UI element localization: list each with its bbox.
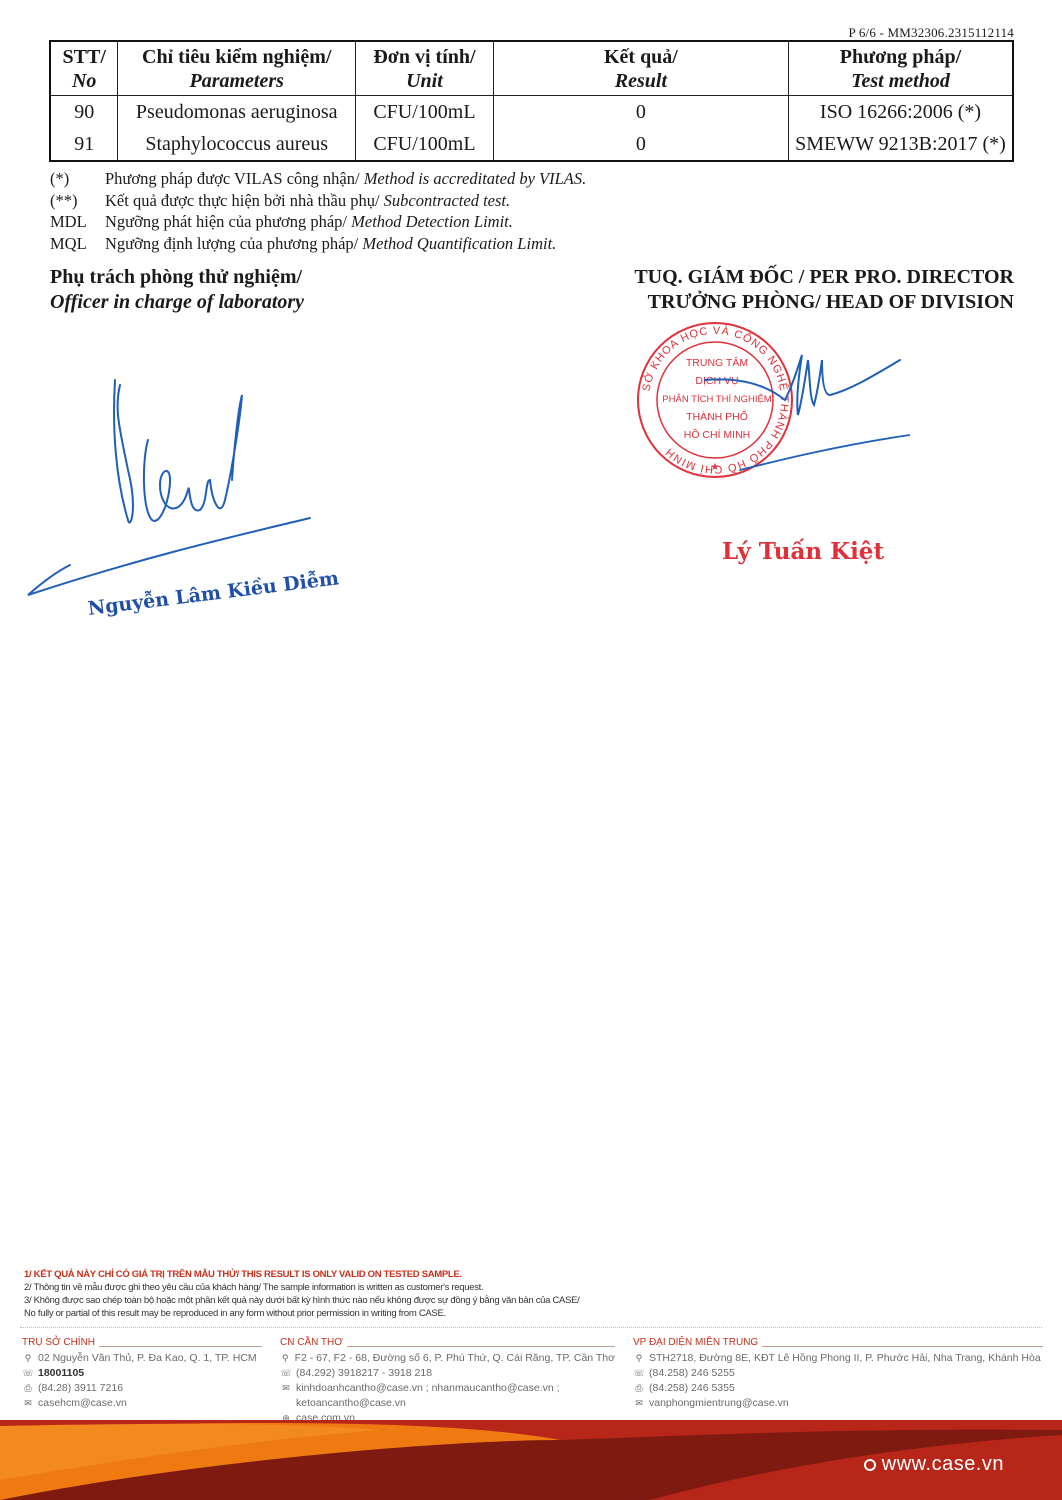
note-subcontracted: (**) Kết quả được thực hiện bởi nhà thầu… — [50, 190, 586, 212]
note-mql: MQLNgưỡng định lượng của phương pháp/ Me… — [50, 233, 586, 255]
director-name: Lý Tuấn Kiệt — [722, 538, 884, 565]
results-table: STT/No Chỉ tiêu kiểm nghiệm/Parameters Đ… — [49, 40, 1014, 162]
phone-icon: ☏ — [22, 1366, 34, 1381]
table-header-row: STT/No Chỉ tiêu kiểm nghiệm/Parameters Đ… — [50, 41, 1013, 96]
note-accredited: (*)Phương pháp được VILAS công nhận/ Met… — [50, 168, 586, 190]
phone-icon: ☏ — [633, 1366, 645, 1381]
cell-parameter: Staphylococcus aureus — [118, 128, 356, 161]
director-signature — [700, 340, 910, 480]
location-pin-icon: ⚲ — [22, 1351, 34, 1366]
email-icon: ✉ — [280, 1381, 292, 1396]
disclaimers: 1/ KẾT QUẢ NÀY CHỈ CÓ GIÁ TRỊ TRÊN MẪU T… — [24, 1268, 580, 1320]
header-unit: Đơn vị tính/Unit — [356, 41, 494, 96]
disclaimer-2: 2/ Thông tin về mẫu được ghi theo yêu cầ… — [24, 1281, 580, 1294]
cell-unit: CFU/100mL — [356, 96, 494, 129]
table-row: 90 Pseudomonas aeruginosa CFU/100mL 0 IS… — [50, 96, 1013, 129]
email-icon: ✉ — [22, 1396, 34, 1411]
cell-parameter: Pseudomonas aeruginosa — [118, 96, 356, 129]
director-title: TUQ. GIÁM ĐỐC / PER PRO. DIRECTOR TRƯỞNG… — [634, 265, 1014, 315]
cell-result: 0 — [493, 128, 788, 161]
cell-result: 0 — [493, 96, 788, 129]
cell-method: SMEWW 9213B:2017 (*) — [788, 128, 1013, 161]
page-reference: P 6/6 - MM32306.2315112114 — [848, 25, 1014, 41]
header-result: Kết quả/Result — [493, 41, 788, 96]
disclaimer-3-en: No fully or partial of this result may b… — [24, 1307, 580, 1320]
disclaimer-3: 3/ Không được sao chép toàn bộ hoặc một … — [24, 1294, 580, 1307]
legend-notes: (*)Phương pháp được VILAS công nhận/ Met… — [50, 168, 586, 254]
globe-icon — [864, 1459, 876, 1471]
fax-icon: ⎙ — [633, 1381, 645, 1396]
email-icon: ✉ — [633, 1396, 645, 1411]
note-mdl: MDLNgưỡng phát hiện của phương pháp/ Met… — [50, 211, 586, 233]
header-no: STT/No — [50, 41, 118, 96]
cell-unit: CFU/100mL — [356, 128, 494, 161]
header-test-method: Phương pháp/Test method — [788, 41, 1013, 96]
office-central: VP ĐẠI DIỆN MIỀN TRUNG ⚲STH2718, Đường 8… — [633, 1335, 1043, 1411]
phone-icon: ☏ — [280, 1366, 292, 1381]
officer-title: Phụ trách phòng thử nghiệm/ Officer in c… — [50, 265, 304, 315]
office-can-tho: CN CẦN THƠ ⚲F2 - 67, F2 - 68, Đường số 6… — [280, 1335, 615, 1426]
fax-icon: ⎙ — [22, 1381, 34, 1396]
cell-method: ISO 16266:2006 (*) — [788, 96, 1013, 129]
table-row: 91 Staphylococcus aureus CFU/100mL 0 SME… — [50, 128, 1013, 161]
location-pin-icon: ⚲ — [633, 1351, 645, 1366]
header-parameters: Chỉ tiêu kiểm nghiệm/Parameters — [118, 41, 356, 96]
website-link[interactable]: www.case.vn — [864, 1453, 1004, 1476]
disclaimer-1: 1/ KẾT QUẢ NÀY CHỈ CÓ GIÁ TRỊ TRÊN MẪU T… — [24, 1268, 580, 1281]
location-pin-icon: ⚲ — [280, 1351, 291, 1366]
divider — [20, 1327, 1042, 1328]
office-head-office: TRỤ SỞ CHÍNH ⚲02 Nguyễn Văn Thủ, P. Đa K… — [22, 1335, 262, 1411]
cell-no: 90 — [50, 96, 118, 129]
cell-no: 91 — [50, 128, 118, 161]
